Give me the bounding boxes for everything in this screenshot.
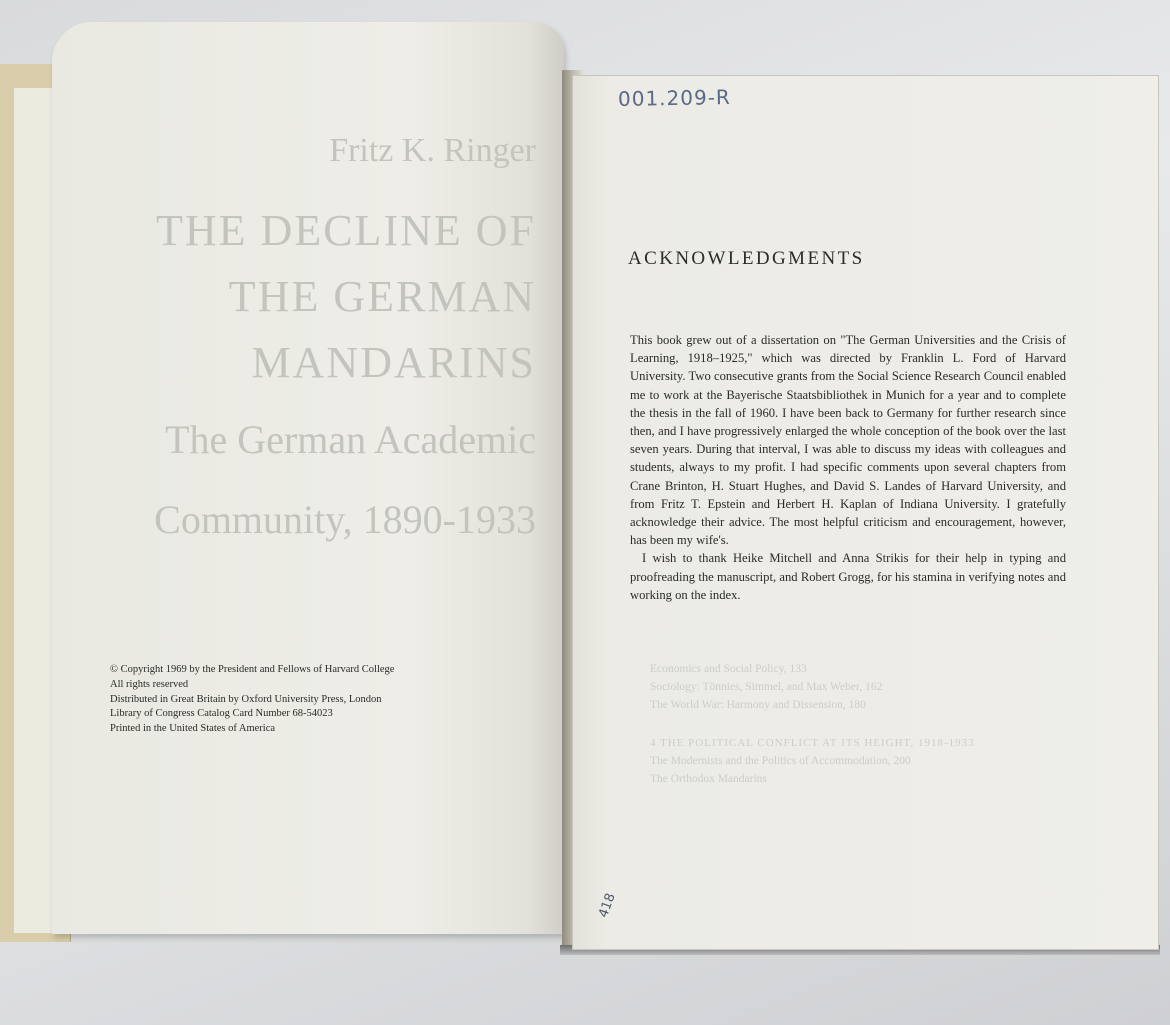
distributor-line: Distributed in Great Britain by Oxford U… (110, 693, 394, 708)
ghost-subtitle-line: Community, 1890-1933 (66, 484, 536, 556)
left-page-copyright: Fritz K. Ringer THE DECLINE OF THE GERMA… (52, 22, 564, 934)
ghost-title-line: THE GERMAN (66, 264, 536, 330)
copyright-line: © Copyright 1969 by the President and Fe… (110, 663, 394, 678)
rights-line: All rights reserved (110, 678, 394, 693)
ghost-toc-line: The World War: Harmony and Dissension, 1… (650, 696, 975, 714)
ghost-toc-line: The Modernists and the Politics of Accom… (650, 752, 975, 770)
ghost-toc-line: The Orthodox Mandarins (650, 770, 975, 788)
catalog-number-line: Library of Congress Catalog Card Number … (110, 707, 394, 722)
ghost-title-line: THE DECLINE OF (66, 198, 536, 264)
printed-in-line: Printed in the United States of America (110, 722, 394, 737)
ghost-toc-chapter: 4 THE POLITICAL CONFLICT AT ITS HEIGHT, … (650, 734, 975, 752)
acknowledgments-text: This book grew out of a dissertation on … (630, 331, 1066, 604)
handwritten-call-number: 001.209-R (618, 85, 731, 111)
paragraph: I wish to thank Heike Mitchell and Anna … (630, 549, 1066, 604)
show-through-title-page: Fritz K. Ringer THE DECLINE OF THE GERMA… (66, 132, 536, 556)
ghost-title-line: MANDARINS (66, 330, 536, 396)
show-through-contents: Economics and Social Policy, 133 Sociolo… (650, 660, 975, 788)
ghost-toc-line: Sociology: Tönnies, Simmel, and Max Webe… (650, 678, 975, 696)
ghost-subtitle-line: The German Academic (66, 404, 536, 476)
copyright-block: © Copyright 1969 by the President and Fe… (110, 663, 394, 737)
ghost-toc-line: Economics and Social Policy, 133 (650, 660, 975, 678)
ghost-author: Fritz K. Ringer (66, 132, 536, 170)
page-title: ACKNOWLEDGMENTS (628, 248, 865, 270)
paragraph: This book grew out of a dissertation on … (630, 331, 1066, 549)
